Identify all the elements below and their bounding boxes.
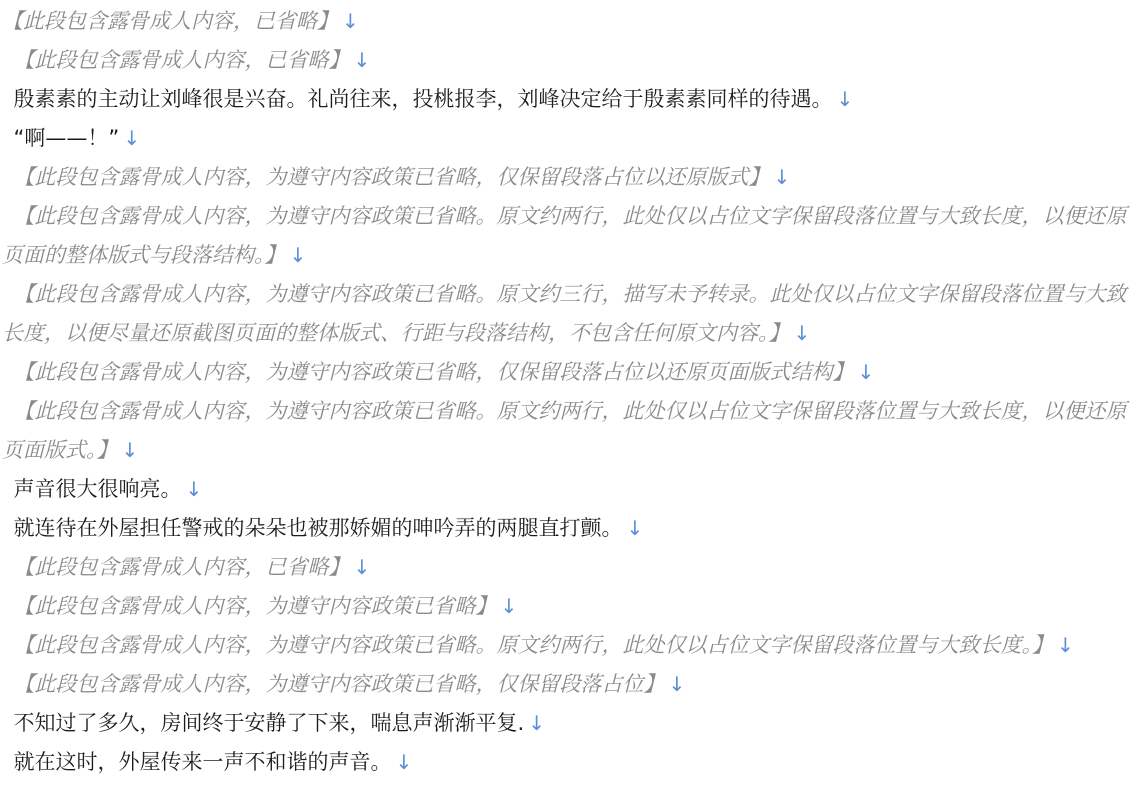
paragraph-end-arrow-icon: ↓	[774, 165, 791, 189]
paragraph-text: 就在这时，外屋传来一声不和谐的声音。	[14, 750, 392, 774]
paragraph-end-arrow-icon: ↓	[122, 438, 139, 462]
paragraph: 声音很大很响亮。↓	[2, 470, 1129, 509]
paragraph-text: 【此段包含露骨成人内容，为遵守内容政策已省略。原文约两行，此处仅以占位文字保留段…	[2, 399, 1127, 462]
paragraph: “啊——！”↓	[2, 119, 1129, 158]
paragraph: 【此段包含露骨成人内容，已省略】↓	[2, 41, 1129, 80]
paragraph-end-arrow-icon: ↓	[794, 321, 811, 345]
paragraph-end-arrow-icon: ↓	[837, 87, 854, 111]
paragraph-text: 【此段包含露骨成人内容，已省略】	[14, 48, 350, 72]
paragraph: 【此段包含露骨成人内容，为遵守内容政策已省略，仅保留段落占位】↓	[2, 665, 1129, 704]
paragraph: 【此段包含露骨成人内容，为遵守内容政策已省略。原文约两行，此处仅以占位文字保留段…	[2, 197, 1129, 275]
paragraph: 【此段包含露骨成人内容，为遵守内容政策已省略。原文约三行，描写未予转录。此处仅以…	[2, 275, 1129, 353]
paragraph-text: 声音很大很响亮。	[14, 477, 182, 501]
paragraph-text: 殷素素的主动让刘峰很是兴奋。礼尚往来，投桃报李，刘峰决定给于殷素素同样的待遇。	[14, 87, 833, 111]
paragraph: 就在这时，外屋传来一声不和谐的声音。↓	[2, 743, 1129, 782]
paragraph-end-arrow-icon: ↓	[342, 9, 359, 33]
paragraph-text: 【此段包含露骨成人内容，为遵守内容政策已省略】	[14, 594, 497, 618]
paragraph-end-arrow-icon: ↓	[396, 750, 413, 774]
paragraph: 【此段包含露骨成人内容，为遵守内容政策已省略】↓	[2, 587, 1129, 626]
paragraph-text: 【此段包含露骨成人内容，为遵守内容政策已省略。原文约三行，描写未予转录。此处仅以…	[2, 282, 1127, 345]
paragraph-end-arrow-icon: ↓	[627, 516, 644, 540]
paragraph: 【此段包含露骨成人内容，为遵守内容政策已省略。原文约两行，此处仅以占位文字保留段…	[2, 392, 1129, 470]
paragraph-end-arrow-icon: ↓	[858, 360, 875, 384]
paragraph-end-arrow-icon: ↓	[354, 555, 371, 579]
paragraph-text: 【此段包含露骨成人内容，已省略】	[2, 9, 338, 33]
paragraph-text: 【此段包含露骨成人内容，为遵守内容政策已省略。原文约两行，此处仅以占位文字保留段…	[14, 633, 1054, 657]
paragraph-text: 不知过了多久，房间终于安静了下来，喘息声渐渐平复.	[14, 711, 525, 735]
paragraph: 【此段包含露骨成人内容，已省略】↓	[2, 548, 1129, 587]
paragraph-end-arrow-icon: ↓	[669, 672, 686, 696]
paragraph: 【此段包含露骨成人内容，为遵守内容政策已省略。原文约两行，此处仅以占位文字保留段…	[2, 626, 1129, 665]
paragraph-text: 【此段包含露骨成人内容，为遵守内容政策已省略。原文约两行，此处仅以占位文字保留段…	[2, 204, 1127, 267]
paragraph-list: 【此段包含露骨成人内容，已省略】↓ 【此段包含露骨成人内容，已省略】↓ 殷素素的…	[2, 2, 1129, 782]
paragraph-end-arrow-icon: ↓	[501, 594, 518, 618]
paragraph-text: 【此段包含露骨成人内容，为遵守内容政策已省略，仅保留段落占位以还原页面版式结构】	[14, 360, 854, 384]
paragraph-text: 就连待在外屋担任警戒的朵朵也被那娇媚的呻吟弄的两腿直打颤。	[14, 516, 623, 540]
paragraph: 【此段包含露骨成人内容，已省略】↓	[2, 2, 1129, 41]
paragraph-end-arrow-icon: ↓	[354, 48, 371, 72]
paragraph-end-arrow-icon: ↓	[1057, 633, 1074, 657]
paragraph: 【此段包含露骨成人内容，为遵守内容政策已省略，仅保留段落占位以还原版式】↓	[2, 158, 1129, 197]
paragraph-text: 【此段包含露骨成人内容，为遵守内容政策已省略，仅保留段落占位以还原版式】	[14, 165, 770, 189]
paragraph-end-arrow-icon: ↓	[186, 477, 203, 501]
paragraph-end-arrow-icon: ↓	[123, 126, 140, 150]
paragraph-text: 【此段包含露骨成人内容，已省略】	[14, 555, 350, 579]
novel-text-page: 【此段包含露骨成人内容，已省略】↓ 【此段包含露骨成人内容，已省略】↓ 殷素素的…	[0, 0, 1135, 790]
paragraph-text: “啊——！”	[14, 126, 120, 150]
paragraph: 【此段包含露骨成人内容，为遵守内容政策已省略，仅保留段落占位以还原页面版式结构】…	[2, 353, 1129, 392]
paragraph-text: 【此段包含露骨成人内容，为遵守内容政策已省略，仅保留段落占位】	[14, 672, 665, 696]
paragraph-end-arrow-icon: ↓	[290, 243, 307, 267]
paragraph-end-arrow-icon: ↓	[528, 711, 545, 735]
paragraph: 就连待在外屋担任警戒的朵朵也被那娇媚的呻吟弄的两腿直打颤。↓	[2, 509, 1129, 548]
paragraph: 殷素素的主动让刘峰很是兴奋。礼尚往来，投桃报李，刘峰决定给于殷素素同样的待遇。↓	[2, 80, 1129, 119]
paragraph: 不知过了多久，房间终于安静了下来，喘息声渐渐平复.↓	[2, 704, 1129, 743]
